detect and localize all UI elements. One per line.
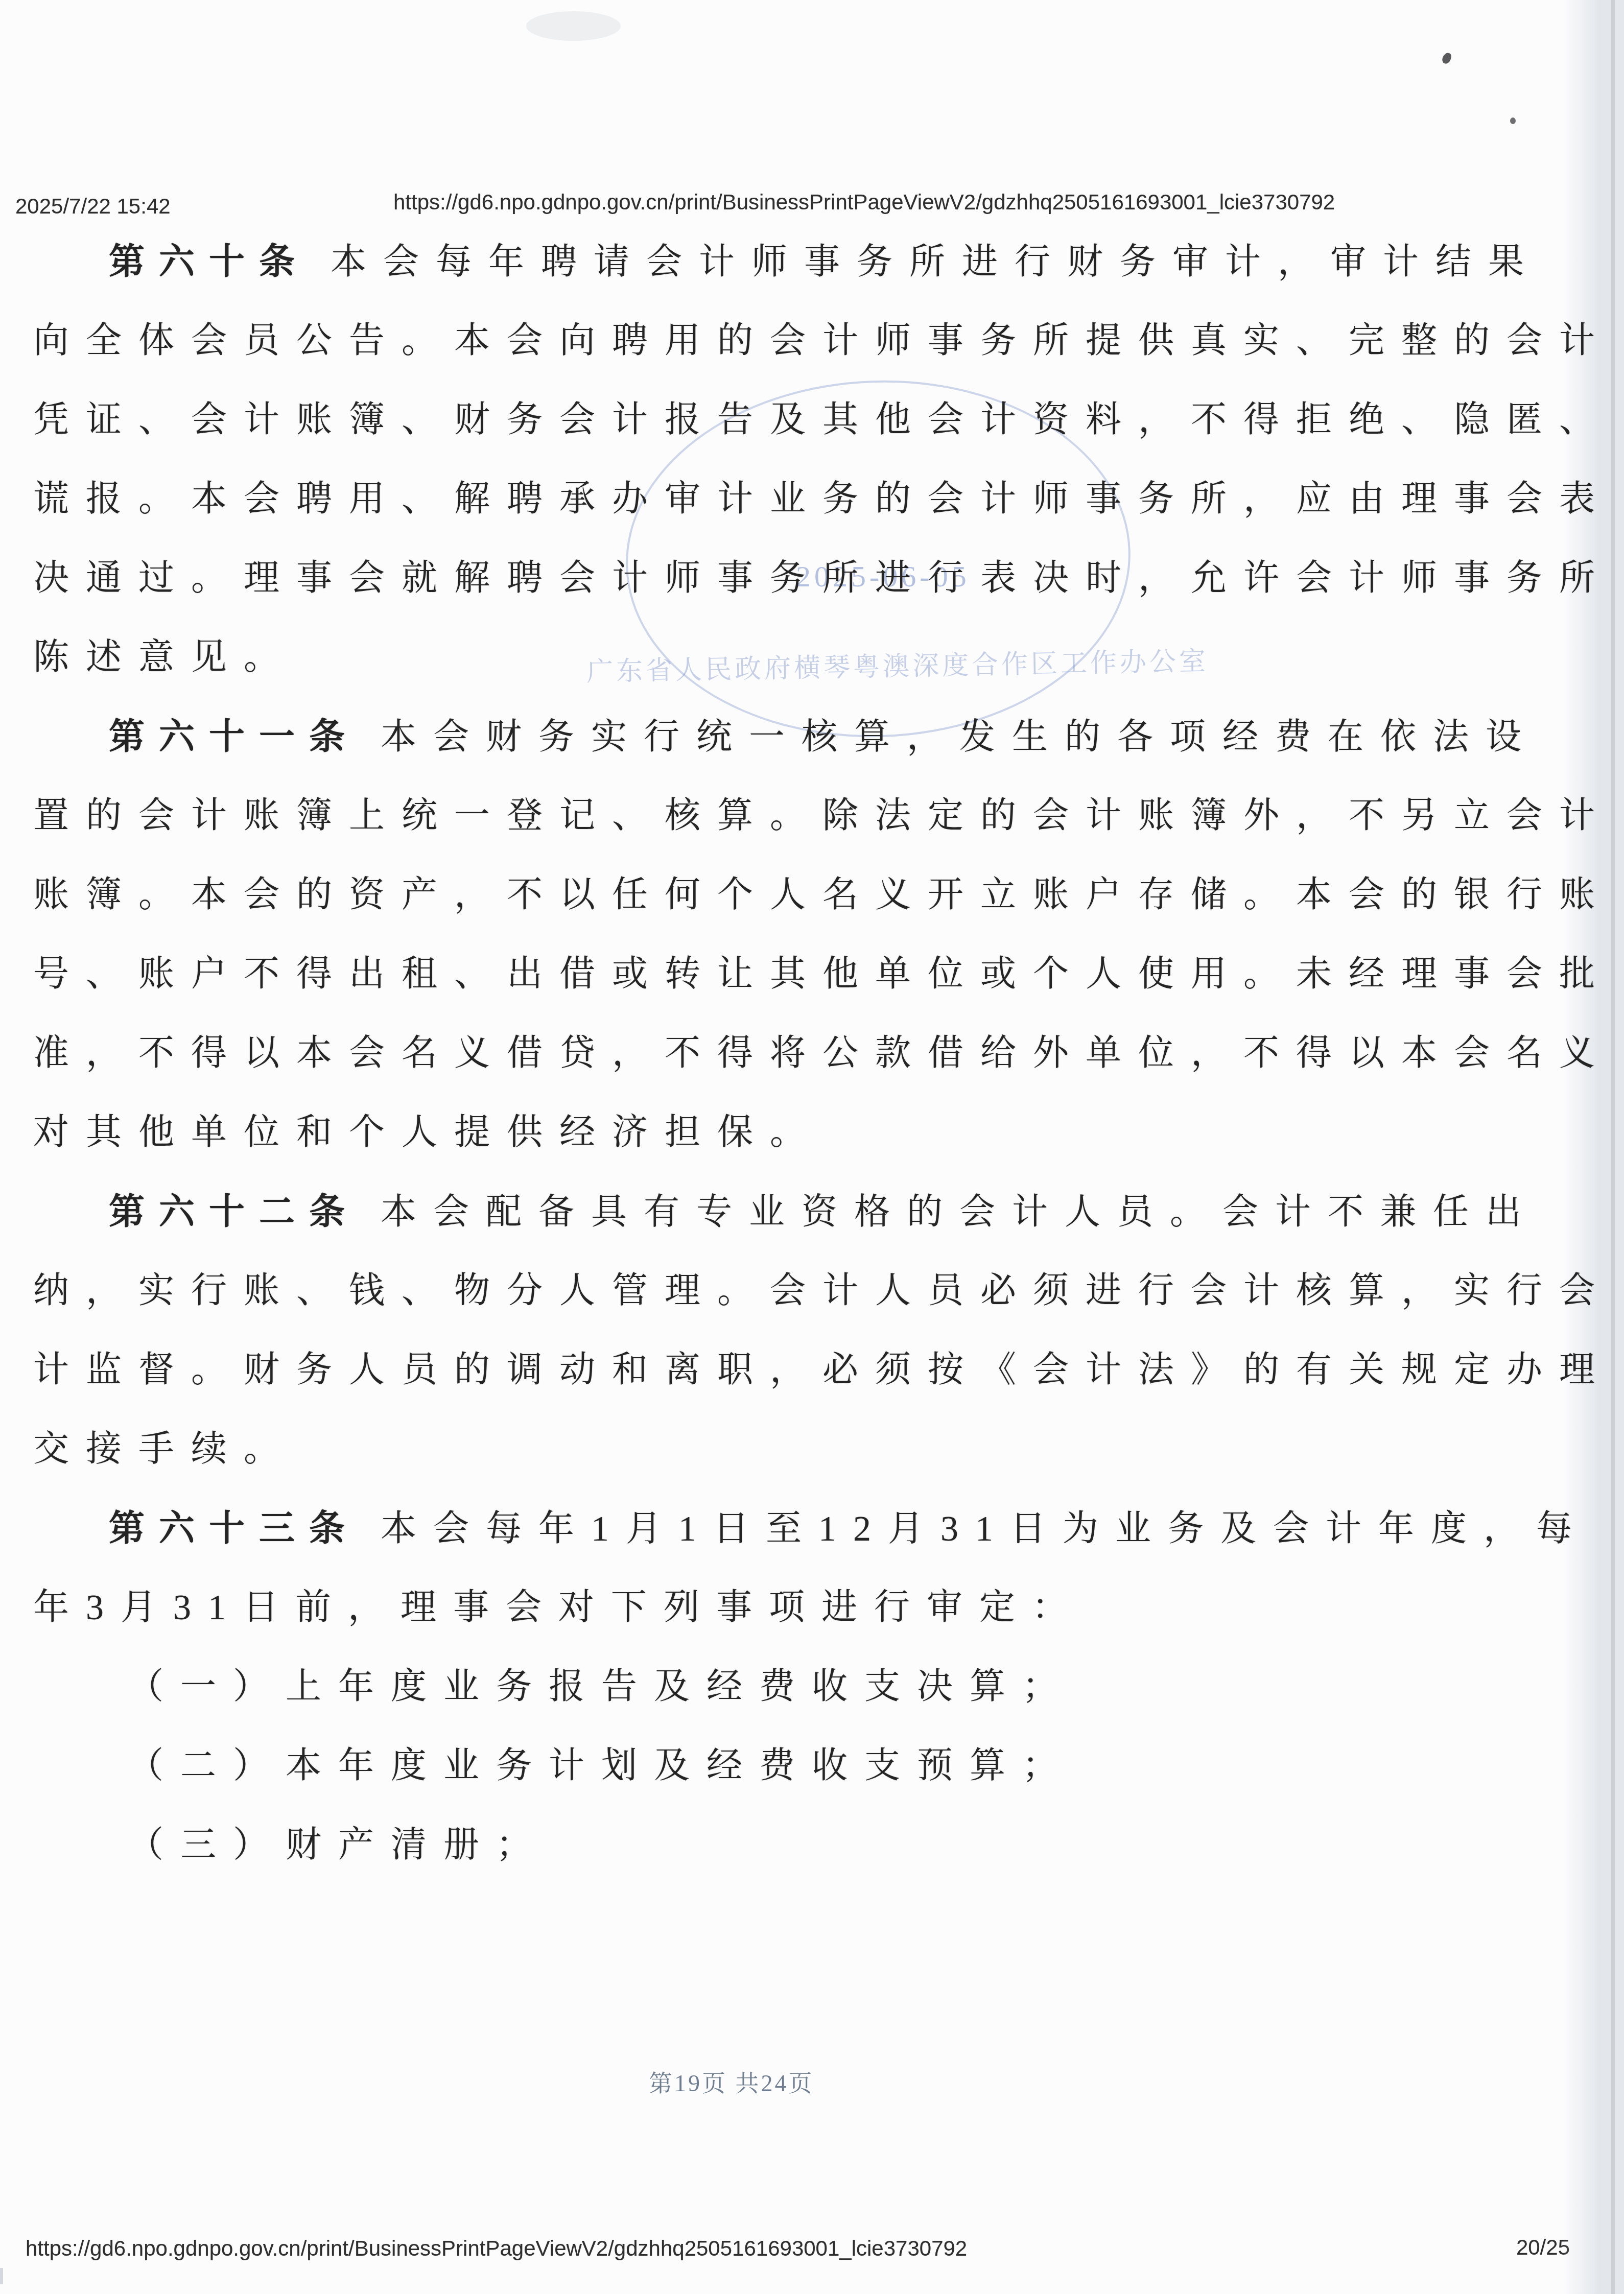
text-line: 账簿。本会的资产，不以任何个人名义开立账户存储。本会的银行账 — [33, 856, 1596, 935]
print-header-url: https://gd6.npo.gdnpo.gov.cn/print/Busin… — [393, 190, 1335, 215]
text-line: 纳，实行账、钱、物分人管理。会计人员必须进行会计核算，实行会 — [33, 1251, 1596, 1331]
article-line: 第六十二条本会配备具有专业资格的会计人员。会计不兼任出 — [33, 1172, 1596, 1251]
ink-speck — [1441, 52, 1452, 65]
scan-edge-line — [1611, 0, 1615, 2294]
text-line: （三）财产清册； — [33, 1806, 1596, 1885]
text-line: 对其他单位和个人提供经济担保。 — [33, 1093, 1596, 1172]
article-line: 第六十三条本会每年1月1日至12月31日为业务及会计年度，每 — [33, 1489, 1596, 1568]
text-line: 谎报。本会聘用、解聘承办审计业务的会计师事务所，应由理事会表 — [33, 460, 1596, 539]
article-number: 第六十三条 — [109, 1508, 359, 1548]
text-line: 向全体会员公告。本会向聘用的会计师事务所提供真实、完整的会计 — [33, 301, 1596, 381]
text-line: 计监督。财务人员的调动和离职，必须按《会计法》的有关规定办理 — [33, 1331, 1596, 1410]
text-line: 凭证、会计账簿、财务会计报告及其他会计资料，不得拒绝、隐匿、 — [33, 381, 1596, 460]
scanned-print-page: { "print_header": { "datetime": "2025/7/… — [0, 0, 1624, 2294]
article-number: 第六十条 — [109, 242, 309, 281]
text-line: （一）上年度业务报告及经费收支决算； — [33, 1647, 1596, 1727]
text-line: 置的会计账簿上统一登记、核算。除法定的会计账簿外，不另立会计 — [33, 776, 1596, 856]
article-line: 第六十一条本会财务实行统一核算，发生的各项经费在依法设 — [33, 697, 1596, 776]
print-footer-url: https://gd6.npo.gdnpo.gov.cn/print/Busin… — [26, 2236, 967, 2261]
article-line: 第六十条本会每年聘请会计师事务所进行财务审计，审计结果 — [33, 222, 1596, 301]
article-number: 第六十一条 — [109, 717, 359, 756]
text-line: 陈述意见。 — [33, 618, 1596, 697]
print-header-datetime: 2025/7/22 15:42 — [15, 194, 171, 219]
text-line: （二）本年度业务计划及经费收支预算； — [33, 1727, 1596, 1806]
page-indicator: 第19页 共24页 — [649, 2065, 814, 2098]
scan-mark — [0, 2268, 3, 2284]
text-line: 号、账户不得出租、出借或转让其他单位或个人使用。未经理事会批 — [33, 935, 1596, 1014]
text-line: 年3月31日前，理事会对下列事项进行审定： — [33, 1568, 1596, 1647]
text-line: 准，不得以本会名义借贷，不得将公款借给外单位，不得以本会名义 — [33, 1014, 1596, 1093]
text-line: 交接手续。 — [33, 1410, 1596, 1489]
scan-smudge — [526, 11, 621, 41]
ink-speck — [1510, 117, 1516, 124]
document-lines: 第六十条本会每年聘请会计师事务所进行财务审计，审计结果向全体会员公告。本会向聘用… — [33, 222, 1596, 1885]
print-footer-page-number: 20/25 — [1516, 2235, 1570, 2260]
text-line: 决通过。理事会就解聘会计师事务所进行表决时，允许会计师事务所 — [33, 539, 1596, 618]
article-number: 第六十二条 — [109, 1192, 359, 1232]
